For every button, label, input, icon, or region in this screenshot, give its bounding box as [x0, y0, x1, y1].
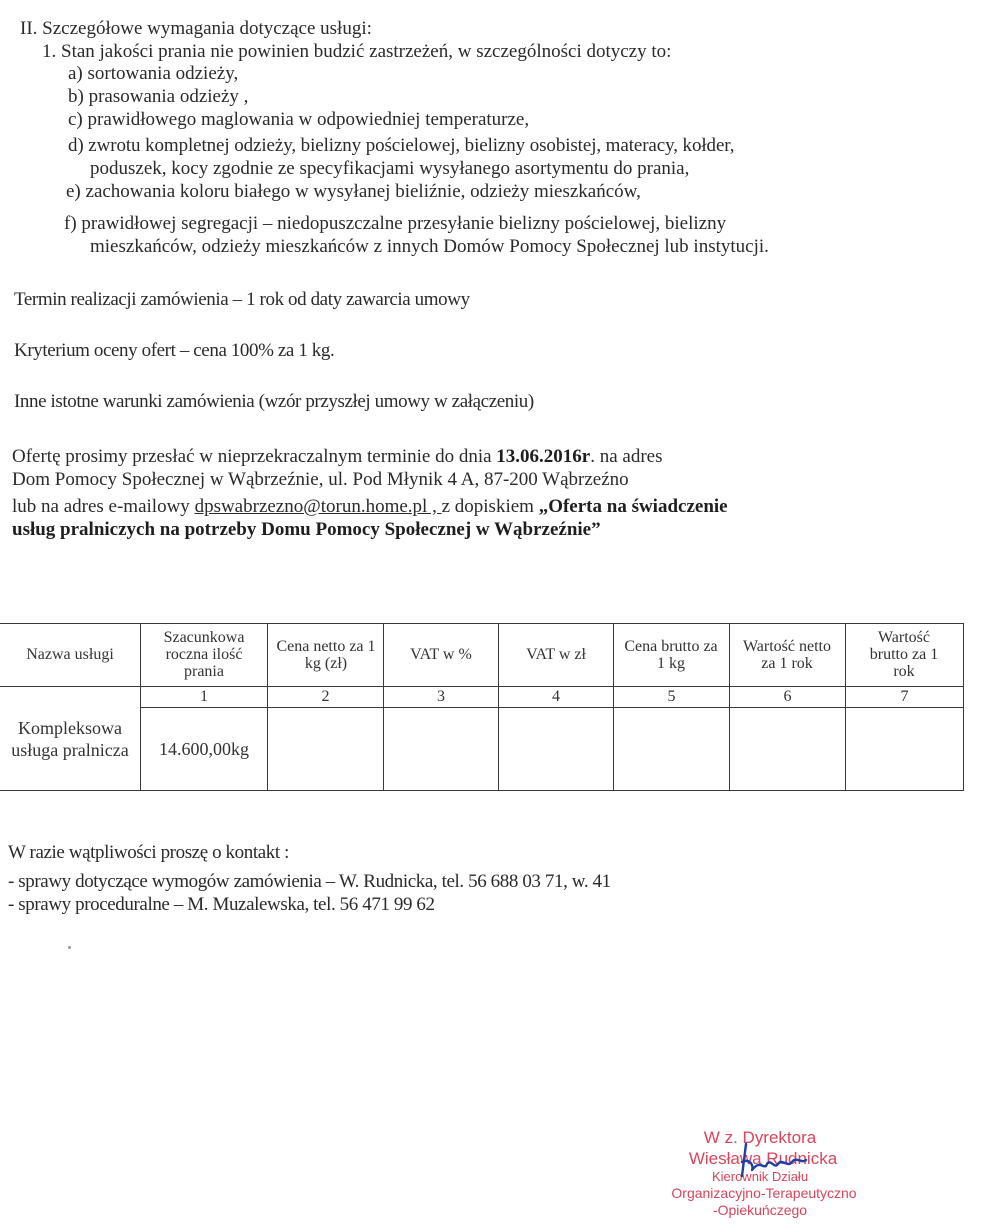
- row-net-price-field[interactable]: [268, 708, 383, 790]
- row-gross-value-year-field[interactable]: [846, 708, 963, 790]
- offer-line-1-text: Ofertę prosimy przesłać w nieprzekraczal…: [12, 446, 496, 467]
- header-gross-price: Cena brutto za 1 kg: [620, 623, 722, 686]
- column-number-1: 1: [141, 687, 267, 707]
- requirement-item-b: b) prasowania odzieży ,: [68, 86, 248, 108]
- criterion-text: Kryterium oceny ofert – cena 100% za 1 k…: [14, 340, 334, 362]
- requirement-item-f-continued: mieszkańców, odzieży mieszkańców z innyc…: [90, 236, 769, 258]
- column-number-3: 3: [384, 687, 498, 707]
- scan-speck: [68, 946, 71, 949]
- header-vat-percent: VAT w %: [384, 623, 498, 686]
- requirement-item-a: a) sortowania odzieży,: [68, 63, 238, 85]
- header-vat-amount: VAT w zł: [499, 623, 613, 686]
- section-heading: II. Szczegółowe wymagania dotyczące usłu…: [20, 18, 372, 40]
- row-net-value-year-field[interactable]: [730, 708, 845, 790]
- offer-line-1: Ofertę prosimy przesłać w nieprzekraczal…: [12, 446, 663, 468]
- header-service-name: Nazwa usługi: [0, 623, 140, 686]
- contact-intro: W razie wątpliwości proszę o kontakt :: [8, 842, 289, 864]
- offer-line-3-mid: z dopiskiem: [442, 496, 539, 517]
- column-number-7: 7: [846, 687, 963, 707]
- row-service-name: Kompleksowa usługa pralnicza: [0, 687, 140, 790]
- stamp-line-4: Organizacyjno-Terapeutyczno: [650, 1186, 878, 1201]
- offer-deadline-date: 13.06.2016r: [496, 446, 590, 467]
- requirement-item-d-continued: poduszek, kocy zgodnie ze specyfikacjami…: [90, 158, 689, 180]
- requirement-item-c: c) prawidłowego maglowania w odpowiednie…: [68, 109, 529, 131]
- offer-line-3-text: lub na adres e-mailowy: [12, 496, 195, 517]
- other-conditions-text: Inne istotne warunki zamówienia (wzór pr…: [14, 391, 534, 413]
- header-gross-value-year: Wartość brutto za 1 rok: [858, 623, 950, 686]
- row-vat-percent-field[interactable]: [384, 708, 498, 790]
- email-link[interactable]: dpswabrzezno@torun.home.pl ,: [195, 496, 442, 517]
- column-number-6: 6: [730, 687, 845, 707]
- offer-line-1-tail: . na adres: [590, 446, 662, 467]
- offer-line-3: lub na adres e-mailowy dpswabrzezno@toru…: [12, 496, 728, 518]
- stamp-line-5: -Opiekuńczego: [690, 1203, 830, 1218]
- offer-title-part-1: „Oferta na świadczenie: [539, 496, 728, 517]
- offer-title-part-2: usług pralniczych na potrzeby Domu Pomoc…: [12, 519, 601, 541]
- requirement-point-1: 1. Stan jakości prania nie powinien budz…: [42, 41, 671, 63]
- header-net-value-year: Wartość netto za 1 rok: [742, 623, 832, 686]
- deadline-text: Termin realizacji zamówienia – 1 rok od …: [14, 289, 470, 311]
- row-gross-price-field[interactable]: [614, 708, 729, 790]
- header-estimated-quantity: Szacunkowa roczna ilość prania: [150, 623, 258, 686]
- requirement-item-e: e) zachowania koloru białego w wysyłanej…: [66, 181, 641, 203]
- handwritten-signature: [732, 1140, 812, 1180]
- row-estimated-quantity: 14.600,00kg: [141, 708, 267, 790]
- column-number-2: 2: [268, 687, 383, 707]
- header-net-price: Cena netto za 1 kg (zł): [276, 623, 376, 686]
- offer-address: Dom Pomocy Społecznej w Wąbrzeźnie, ul. …: [12, 469, 629, 491]
- column-number-5: 5: [614, 687, 729, 707]
- requirement-item-f: f) prawidłowej segregacji – niedopuszcza…: [64, 213, 726, 235]
- contact-line-requirements: - sprawy dotyczące wymogów zamówienia – …: [8, 871, 611, 893]
- pricing-table: Nazwa usługi Szacunkowa roczna ilość pra…: [0, 623, 964, 791]
- requirement-item-d: d) zwrotu kompletnej odzieży, bielizny p…: [68, 135, 734, 157]
- row-vat-amount-field[interactable]: [499, 708, 613, 790]
- contact-line-procedural: - sprawy proceduralne – M. Muzalewska, t…: [8, 894, 435, 916]
- column-number-4: 4: [499, 687, 613, 707]
